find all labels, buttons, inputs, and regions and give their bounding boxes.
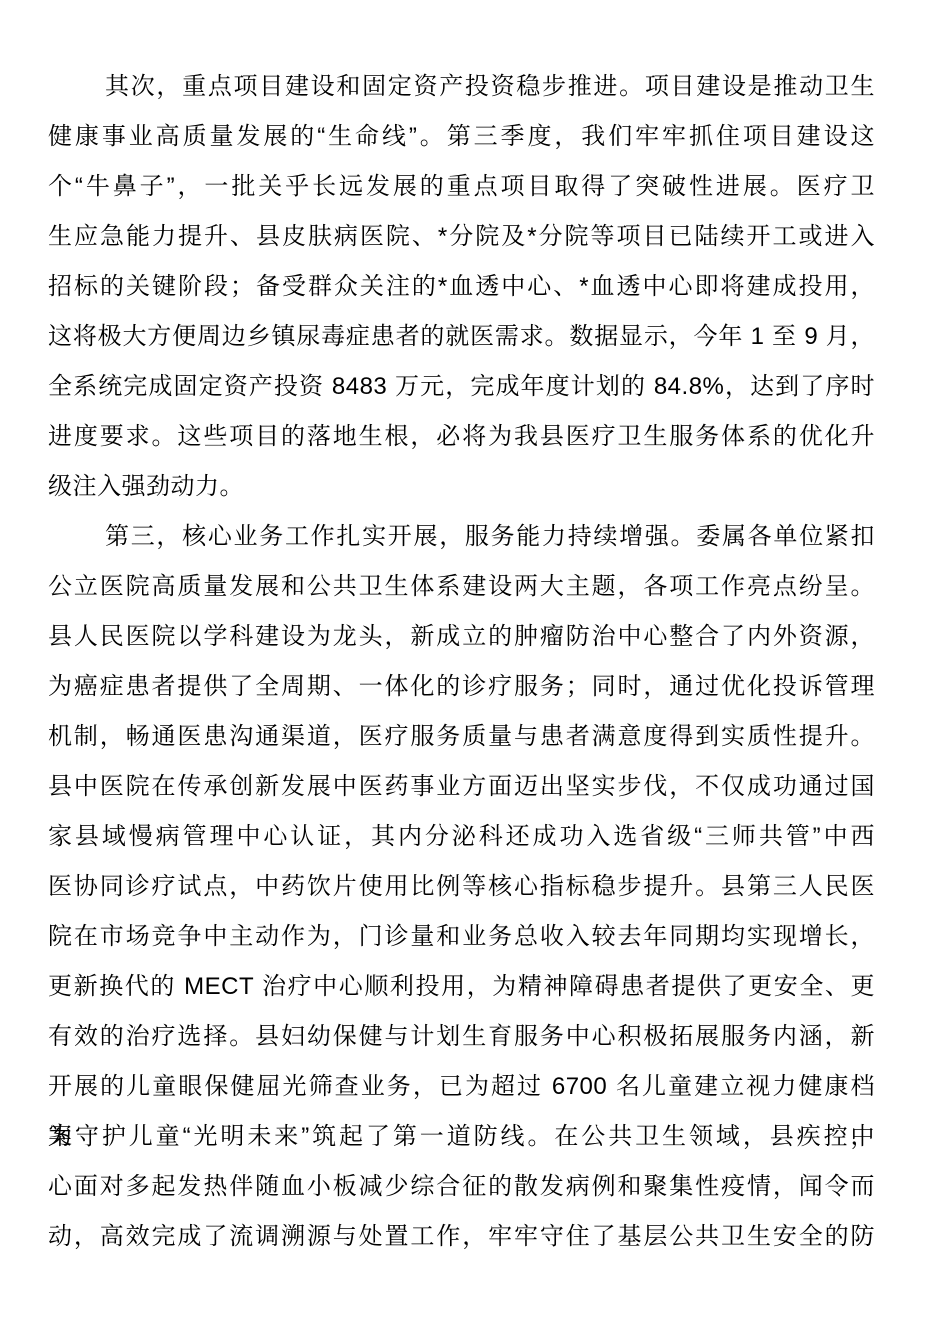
text-line: 这将极大方便周边乡镇尿毒症患者的就医需求。数据显示，今年 1 至 9 月， [48, 312, 875, 362]
paragraph: 第三，核心业务工作扎实开展，服务能力持续增强。委属各单位紧扣公立医院高质量发展和… [48, 512, 875, 1262]
text-line: 公立医院高质量发展和公共卫生体系建设两大主题，各项工作亮点纷呈。 [48, 562, 875, 612]
document-body: 其次，重点项目建设和固定资产投资稳步推进。项目建设是推动卫生健康事业高质量发展的… [48, 62, 875, 1262]
text-line: 县人民医院以学科建设为龙头，新成立的肿瘤防治中心整合了内外资源， [48, 612, 875, 662]
text-line: 家县域慢病管理中心认证，其内分泌科还成功入选省级“三师共管”中西 [48, 812, 875, 862]
text-line: 心面对多起发热伴随血小板减少综合征的散发病例和聚集性疫情，闻令而 [48, 1162, 875, 1212]
text-line: 生应急能力提升、县皮肤病医院、*分院及*分院等项目已陆续开工或进入 [48, 212, 875, 262]
text-line: 级注入强劲动力。 [48, 462, 875, 512]
text-line: 机制，畅通医患沟通渠道，医疗服务质量与患者满意度得到实质性提升。 [48, 712, 875, 762]
document-page: 其次，重点项目建设和固定资产投资稳步推进。项目建设是推动卫生健康事业高质量发展的… [0, 0, 950, 1344]
text-line: 动，高效完成了流调溯源与处置工作，牢牢守住了基层公共卫生安全的防 [48, 1212, 875, 1262]
text-line: 有效的治疗选择。县妇幼保健与计划生育服务中心积极拓展服务内涵，新 [48, 1012, 875, 1062]
text-line: 开展的儿童眼保健屈光筛查业务，已为超过 6700 名儿童建立视力健康档案， [48, 1062, 875, 1112]
text-line: 个“牛鼻子”，一批关乎长远发展的重点项目取得了突破性进展。医疗卫 [48, 162, 875, 212]
paragraph: 其次，重点项目建设和固定资产投资稳步推进。项目建设是推动卫生健康事业高质量发展的… [48, 62, 875, 512]
text-line: 第三，核心业务工作扎实开展，服务能力持续增强。委属各单位紧扣 [48, 512, 875, 562]
text-line: 招标的关键阶段；备受群众关注的*血透中心、*血透中心即将建成投用， [48, 262, 875, 312]
text-line: 医协同诊疗试点，中药饮片使用比例等核心指标稳步提升。县第三人民医 [48, 862, 875, 912]
text-line: 更新换代的 MECT 治疗中心顺利投用，为精神障碍患者提供了更安全、更 [48, 962, 875, 1012]
text-line: 院在市场竞争中主动作为，门诊量和业务总收入较去年同期均实现增长， [48, 912, 875, 962]
text-line: 全系统完成固定资产投资 8483 万元，完成年度计划的 84.8%，达到了序时 [48, 362, 875, 412]
text-line: 县中医院在传承创新发展中医药事业方面迈出坚实步伐，不仅成功通过国 [48, 762, 875, 812]
text-line: 为守护儿童“光明未来”筑起了第一道防线。在公共卫生领域，县疾控中 [48, 1112, 875, 1162]
text-line: 为癌症患者提供了全周期、一体化的诊疗服务；同时，通过优化投诉管理 [48, 662, 875, 712]
text-line: 健康事业高质量发展的“生命线”。第三季度，我们牢牢抓住项目建设这 [48, 112, 875, 162]
text-line: 其次，重点项目建设和固定资产投资稳步推进。项目建设是推动卫生 [48, 62, 875, 112]
text-line: 进度要求。这些项目的落地生根，必将为我县医疗卫生服务体系的优化升 [48, 412, 875, 462]
